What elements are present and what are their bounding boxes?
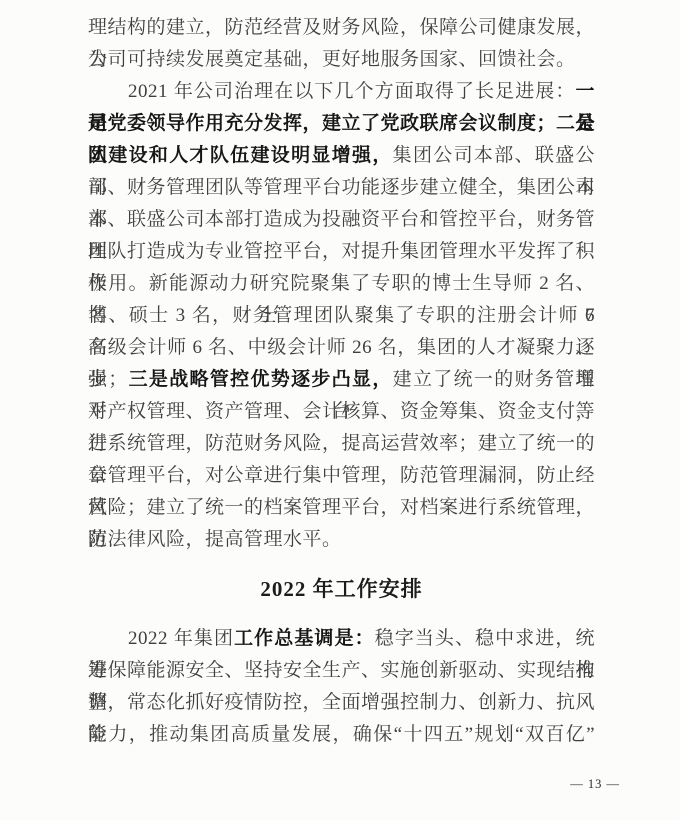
bold-text-segment: 三是战略管控优势逐步凸显，	[128, 369, 393, 390]
body-text-segment: 能力，推动集团高质量发展，确保“十四五”规划“双百亿”	[88, 724, 595, 745]
text-line: 2021 年公司治理在以下几个方面取得了长足进展：一是公	[88, 76, 595, 108]
text-line: 风险；建立了统一的档案管理平台，对档案进行系统管理，防	[88, 492, 595, 524]
text-line: 队建设和人才队伍建设明显增强，集团公司本部、联盛公司本	[88, 140, 595, 172]
text-line: 理结构的建立，防范经营及财务风险，保障公司健康发展，为	[88, 12, 595, 44]
text-line: 章管理平台，对公章进行集中管理，防范管理漏洞，防止经营	[88, 460, 595, 492]
text-line: 2022 年集团工作总基调是：稳字当头、稳中求进，统筹推	[88, 623, 595, 655]
text-line: 团队打造成为专业管控平台，对提升集团管理水平发挥了积极	[88, 236, 595, 268]
text-line: 进保障能源安全、坚持安全生产、实施创新驱动、实现结构调	[88, 655, 595, 687]
text-line: 整，常态化抓好疫情防控，全面增强控制力、创新力、抗风险	[88, 687, 595, 719]
text-line: 部、联盛公司本部打造成为投融资平台和管控平台，财务管理	[88, 204, 595, 236]
document-page: 理结构的建立，防范经营及财务风险，保障公司健康发展，为公司可持续发展奠定基础，更…	[0, 0, 680, 820]
text-line: 能力，推动集团高质量发展，确保“十四五”规划“双百亿”	[88, 719, 595, 751]
bold-text-segment: 工作总基调是：	[234, 628, 375, 649]
body-text-segment: 2021 年公司治理在以下几个方面取得了长足进展：	[128, 81, 575, 102]
body-text-segment: 范法律风险，提高管理水平。	[88, 529, 342, 550]
text-line: 名、硕士 3 名，财务管理团队聚集了专职的注册会计师 6 名、	[88, 300, 595, 332]
text-line: 对产权管理、资产管理、会计核算、资金筹集、资金支付等进	[88, 396, 595, 428]
body-text-segment: 2022 年集团	[128, 628, 234, 649]
text-line: 公司可持续发展奠定基础，更好地服务国家、回馈社会。	[88, 44, 595, 76]
body-text-segment: 公司可持续发展奠定基础，更好地服务国家、回馈社会。	[88, 49, 576, 70]
bold-text-segment: 队建设和人才队伍建设明显增强，	[88, 145, 393, 166]
text-line: 行系统管理，防范财务风险，提高运营效率；建立了统一的公	[88, 428, 595, 460]
document-body: 理结构的建立，防范经营及财务风险，保障公司健康发展，为公司可持续发展奠定基础，更…	[88, 12, 595, 751]
text-line: 部、财务管理团队等管理平台功能逐步建立健全，集团公司本	[88, 172, 595, 204]
text-line: 司党委领导作用充分发挥，建立了党政联席会议制度；二是团	[88, 108, 595, 140]
text-line: 范法律风险，提高管理水平。	[88, 524, 595, 556]
page-number: — 13 —	[570, 777, 620, 792]
text-line: 高级会计师 6 名、中级会计师 26 名，集团的人才凝聚力逐步增	[88, 332, 595, 364]
body-text-segment: 强；	[88, 369, 128, 390]
text-line: 作用。新能源动力研究院聚集了专职的博士生导师 2 名、博士 7	[88, 268, 595, 300]
section-heading: 2022 年工作安排	[88, 573, 595, 605]
text-line: 强；三是战略管控优势逐步凸显，建立了统一的财务管理平台，	[88, 364, 595, 396]
